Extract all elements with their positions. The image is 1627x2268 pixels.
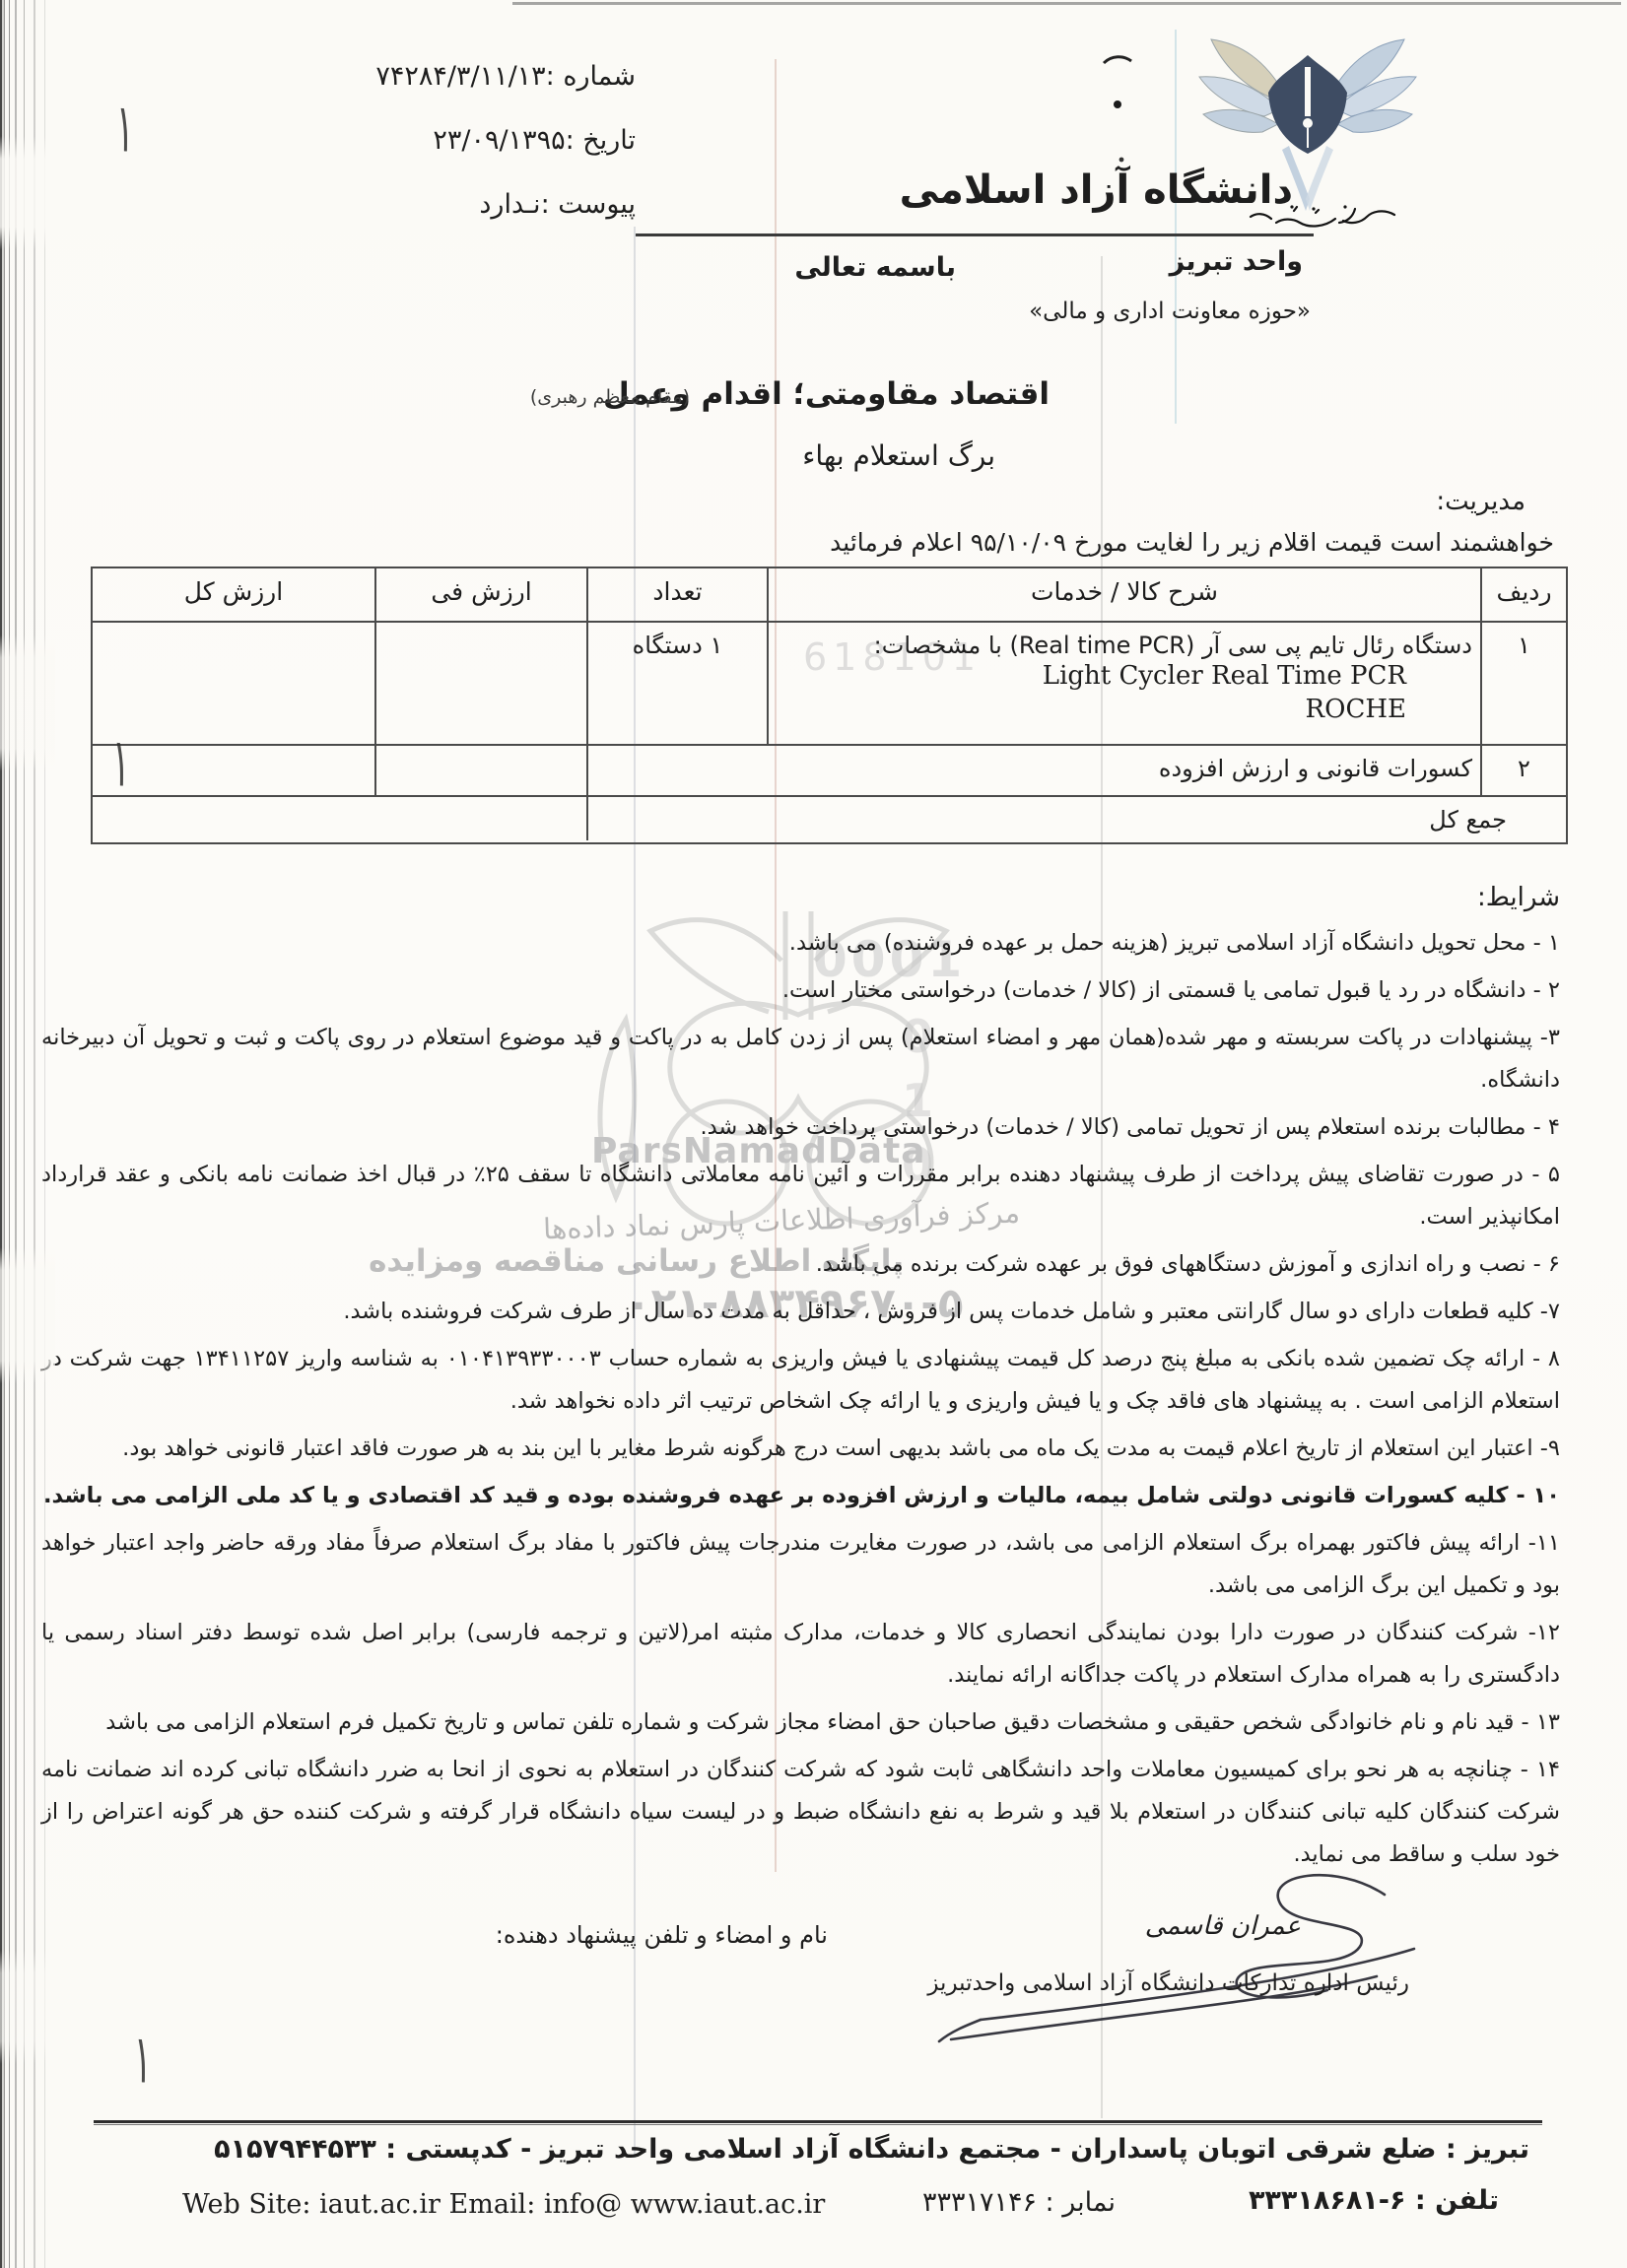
basmala: باسمه تعالی bbox=[794, 252, 956, 283]
term-item: ۶ - نصب و راه اندازی و آموزش دستگاههای ف… bbox=[41, 1243, 1560, 1286]
scan-artifact-left-edge bbox=[0, 0, 55, 2268]
document-attachment: پیوست :نـدارد bbox=[479, 189, 636, 220]
department: «حوزه معاونت اداری و مالی» bbox=[1029, 299, 1311, 324]
item-description-en: Light Cycler Real Time PCR bbox=[769, 659, 1480, 693]
row-no: ۲ bbox=[1480, 746, 1566, 795]
term-item: ۸ - ارائه چک تضمین شده بانکی به مبلغ پنج… bbox=[41, 1338, 1560, 1423]
table-header-row: ردیف شرح کالا / خدمات تعداد ارزش فی ارزش… bbox=[93, 568, 1566, 621]
term-item: ۱۲- شرکت کنندگان در صورت دارا بودن نماین… bbox=[41, 1612, 1560, 1697]
term-item: ۲ - دانشگاه در رد یا قبول تمامی یا قسمتی… bbox=[41, 969, 1560, 1012]
handwritten-mark: ۱ bbox=[111, 730, 130, 798]
col-header-unit-price: ارزش فی bbox=[374, 568, 586, 621]
footer-address: تبریز : ضلع شرقی اتوبان پاسداران - مجتمع… bbox=[214, 2134, 1529, 2165]
term-item: ۱ - محل تحویل دانشگاه آزاد اسلامی تبریز … bbox=[41, 922, 1560, 965]
scan-artifact-top-edge bbox=[512, 2, 1621, 5]
term-item: ۳- پیشنهادات در پاکت سربسته و مهر شده(هم… bbox=[41, 1017, 1560, 1101]
table-row: ۲ کسورات قانونی و ارزش افزوده bbox=[93, 744, 1566, 795]
footer-phone: تلفن : ۶-۳۳۳۱۸۶۸۱ bbox=[1249, 2185, 1499, 2216]
footer-rule bbox=[94, 2120, 1542, 2125]
term-item: ۱۰ - کلیه کسورات قانونی دولتی شامل بیمه،… bbox=[41, 1475, 1560, 1517]
document-date: تاریخ :۲۳/۰۹/۱۳۹۵ bbox=[433, 125, 636, 156]
footer-fax: نمابر : ۳۳۳۱۷۱۴۶ bbox=[922, 2187, 1116, 2218]
term-item: ۹- اعتبار این استعلام از تاریخ اعلام قیم… bbox=[41, 1428, 1560, 1470]
signer-title: رئیس اداره تدارکات دانشگاه آزاد اسلامی و… bbox=[927, 1970, 1409, 1996]
scanned-inquiry-document: 618101 0001 0 1 0 ParsNamadData مرکز فرآ… bbox=[0, 0, 1627, 2268]
term-item: ۷- کلیه قطعات دارای دو سال گارانتی معتبر… bbox=[41, 1291, 1560, 1333]
item-unit-price bbox=[374, 746, 586, 795]
fold-line bbox=[1175, 30, 1177, 424]
item-unit-price bbox=[374, 623, 586, 744]
term-item: ۵ - در صورت تقاضای پیش پرداخت از طرف پیش… bbox=[41, 1154, 1560, 1238]
form-title: برگ استعلام بهاء bbox=[802, 439, 995, 472]
term-item: ۱۱- ارائه پیش فاکتور بهمراه برگ استعلام … bbox=[41, 1522, 1560, 1607]
terms-list: ۱ - محل تحویل دانشگاه آزاد اسلامی تبریز … bbox=[41, 922, 1560, 1876]
request-line: خواهشمند است قیمت اقلام زیر را لغایت مور… bbox=[830, 528, 1554, 557]
item-quantity: ۱ دستگاه bbox=[586, 623, 767, 744]
items-table: ردیف شرح کالا / خدمات تعداد ارزش فی ارزش… bbox=[91, 567, 1568, 844]
terms-section: شرایط: ۱ - محل تحویل دانشگاه آزاد اسلامی… bbox=[41, 883, 1560, 1881]
total-value bbox=[93, 797, 586, 840]
item-description-brand: ROCHE bbox=[769, 693, 1480, 726]
signer-name: عمران قاسمی bbox=[1145, 1911, 1301, 1941]
document-number: شماره :۷۴۲۸۴/۳/۱۱/۱۳ bbox=[375, 61, 636, 92]
total-label: جمع کل bbox=[586, 797, 1566, 840]
signature-flourish bbox=[921, 1850, 1429, 2052]
col-header-row-no: ردیف bbox=[1480, 568, 1566, 621]
handwritten-mark: ۱ bbox=[133, 2027, 152, 2095]
bidder-signature-label: نام و امضاء و تلفن پیشنهاد دهنده: bbox=[496, 1921, 828, 1949]
handwritten-mark: ۱ bbox=[115, 96, 134, 164]
col-header-description: شرح کالا / خدمات bbox=[767, 568, 1480, 621]
term-item: ۴ - مطالبات برنده استعلام پس از تحویل تم… bbox=[41, 1106, 1560, 1149]
item-description-fa: دستگاه رئال تایم پی سی آر (Real time PCR… bbox=[769, 632, 1480, 659]
item-total-price bbox=[93, 746, 374, 795]
footer-web-email: Web Site: iaut.ac.ir Email: info@ www.ia… bbox=[182, 2189, 825, 2220]
term-item: ۱۳ - قید نام و نام خانوادگی شخص حقیقی و … bbox=[41, 1701, 1560, 1744]
slogan-attribution: (مقام معظم رهبری) bbox=[530, 386, 690, 408]
col-header-total-price: ارزش کل bbox=[93, 568, 374, 621]
terms-title: شرایط: bbox=[41, 883, 1560, 912]
item-description: دستگاه رئال تایم پی سی آر (Real time PCR… bbox=[767, 623, 1480, 744]
header-rule bbox=[636, 233, 1314, 236]
row-no: ۱ bbox=[1480, 623, 1566, 744]
table-total-row: جمع کل bbox=[93, 795, 1566, 840]
item-description: کسورات قانونی و ارزش افزوده bbox=[586, 746, 1480, 795]
addressee: مدیریت: bbox=[1436, 487, 1525, 516]
col-header-quantity: تعداد bbox=[586, 568, 767, 621]
pen-marks bbox=[1094, 47, 1153, 175]
table-row: ۱ دستگاه رئال تایم پی سی آر (Real time P… bbox=[93, 621, 1566, 744]
item-total-price bbox=[93, 623, 374, 744]
university-branch: واحد تبریز bbox=[1170, 246, 1303, 277]
